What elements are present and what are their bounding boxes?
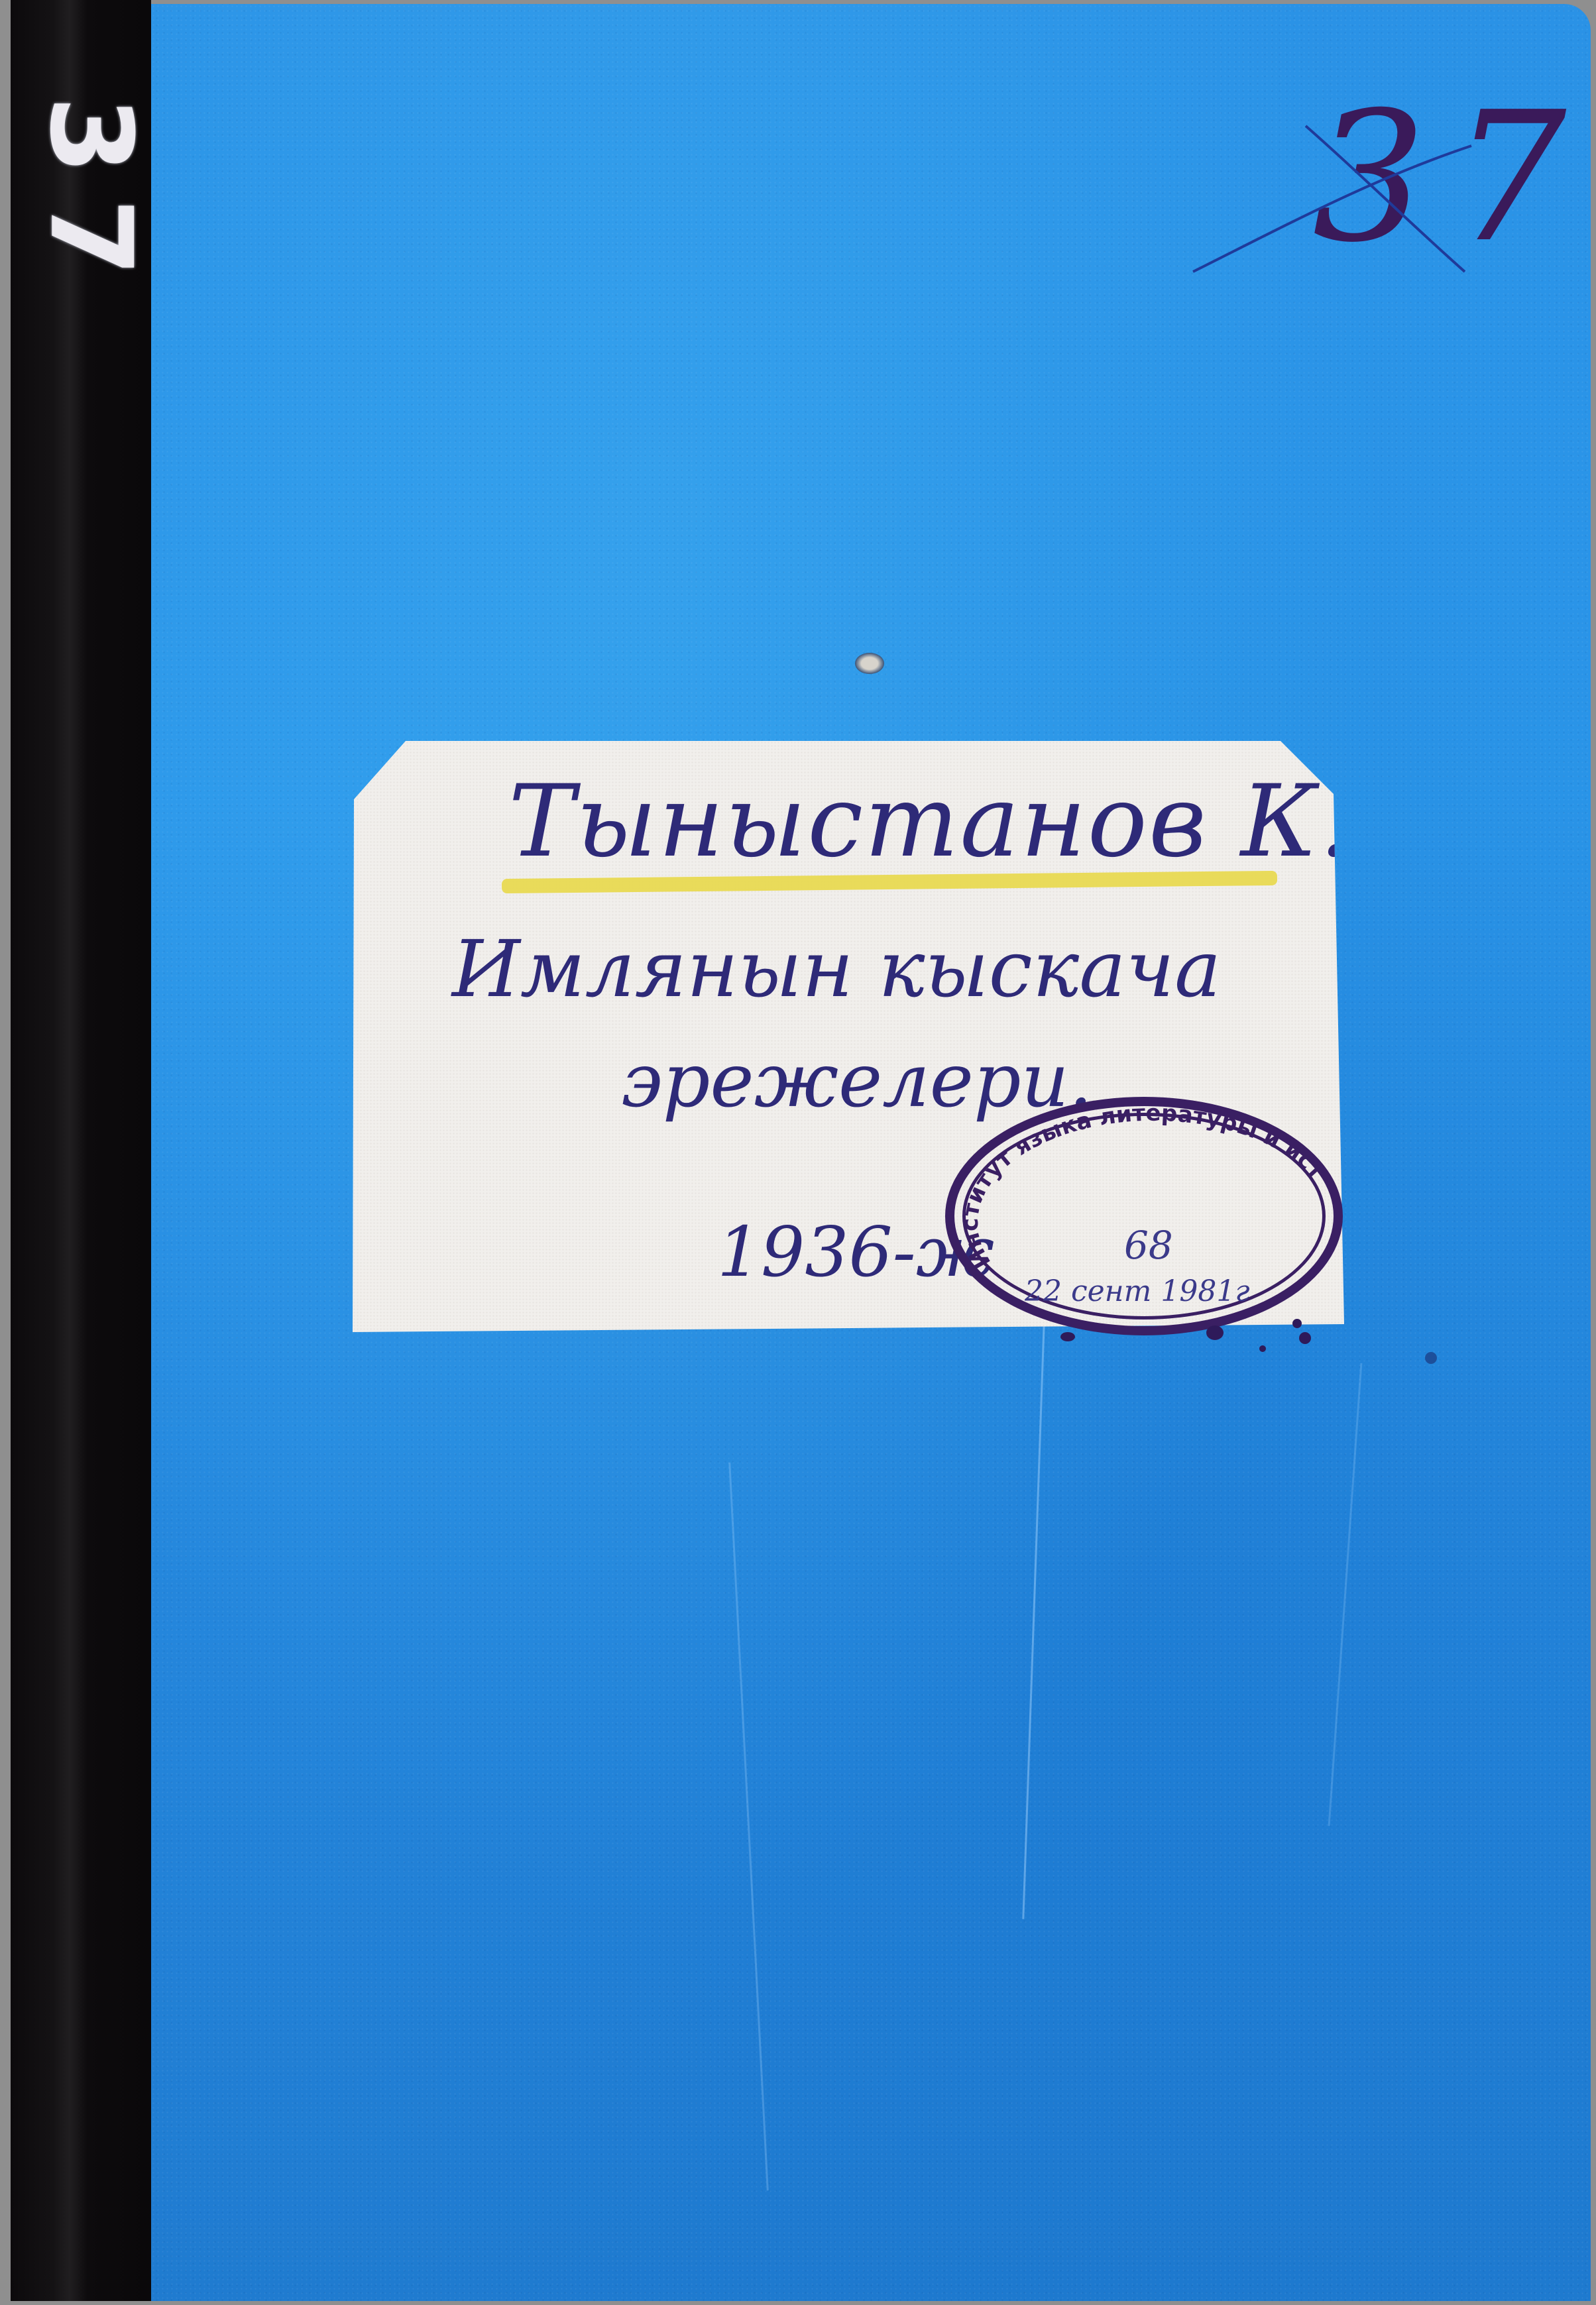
folder-spine: 37 [11,0,151,2301]
author-name: Тыныстанов К. [508,764,1352,879]
ink-blot [1299,1332,1311,1344]
paper-crease [728,1463,769,2191]
ink-blot [1206,1325,1224,1340]
paper-crease [1328,1363,1363,1827]
ink-blot [1425,1352,1437,1364]
strike-through-marks [1186,73,1558,292]
paper-crease [1022,1323,1045,1919]
stamp-number: 68 [1124,1223,1173,1268]
title-line-1: Имлянын кыскача [452,923,1221,1015]
punch-hole [855,653,884,674]
inventory-number: 37 [1186,73,1558,292]
ink-blot [1292,1319,1302,1328]
ink-blot [1259,1345,1266,1352]
spine-number: 37 [28,53,141,292]
ink-blot [1060,1332,1075,1341]
spine-number-text: 37 [25,96,156,301]
institution-stamp: Институт языка литературы и истории 68 2… [945,1097,1356,1342]
stamp-date: 22 сент 1981г [1025,1274,1250,1308]
